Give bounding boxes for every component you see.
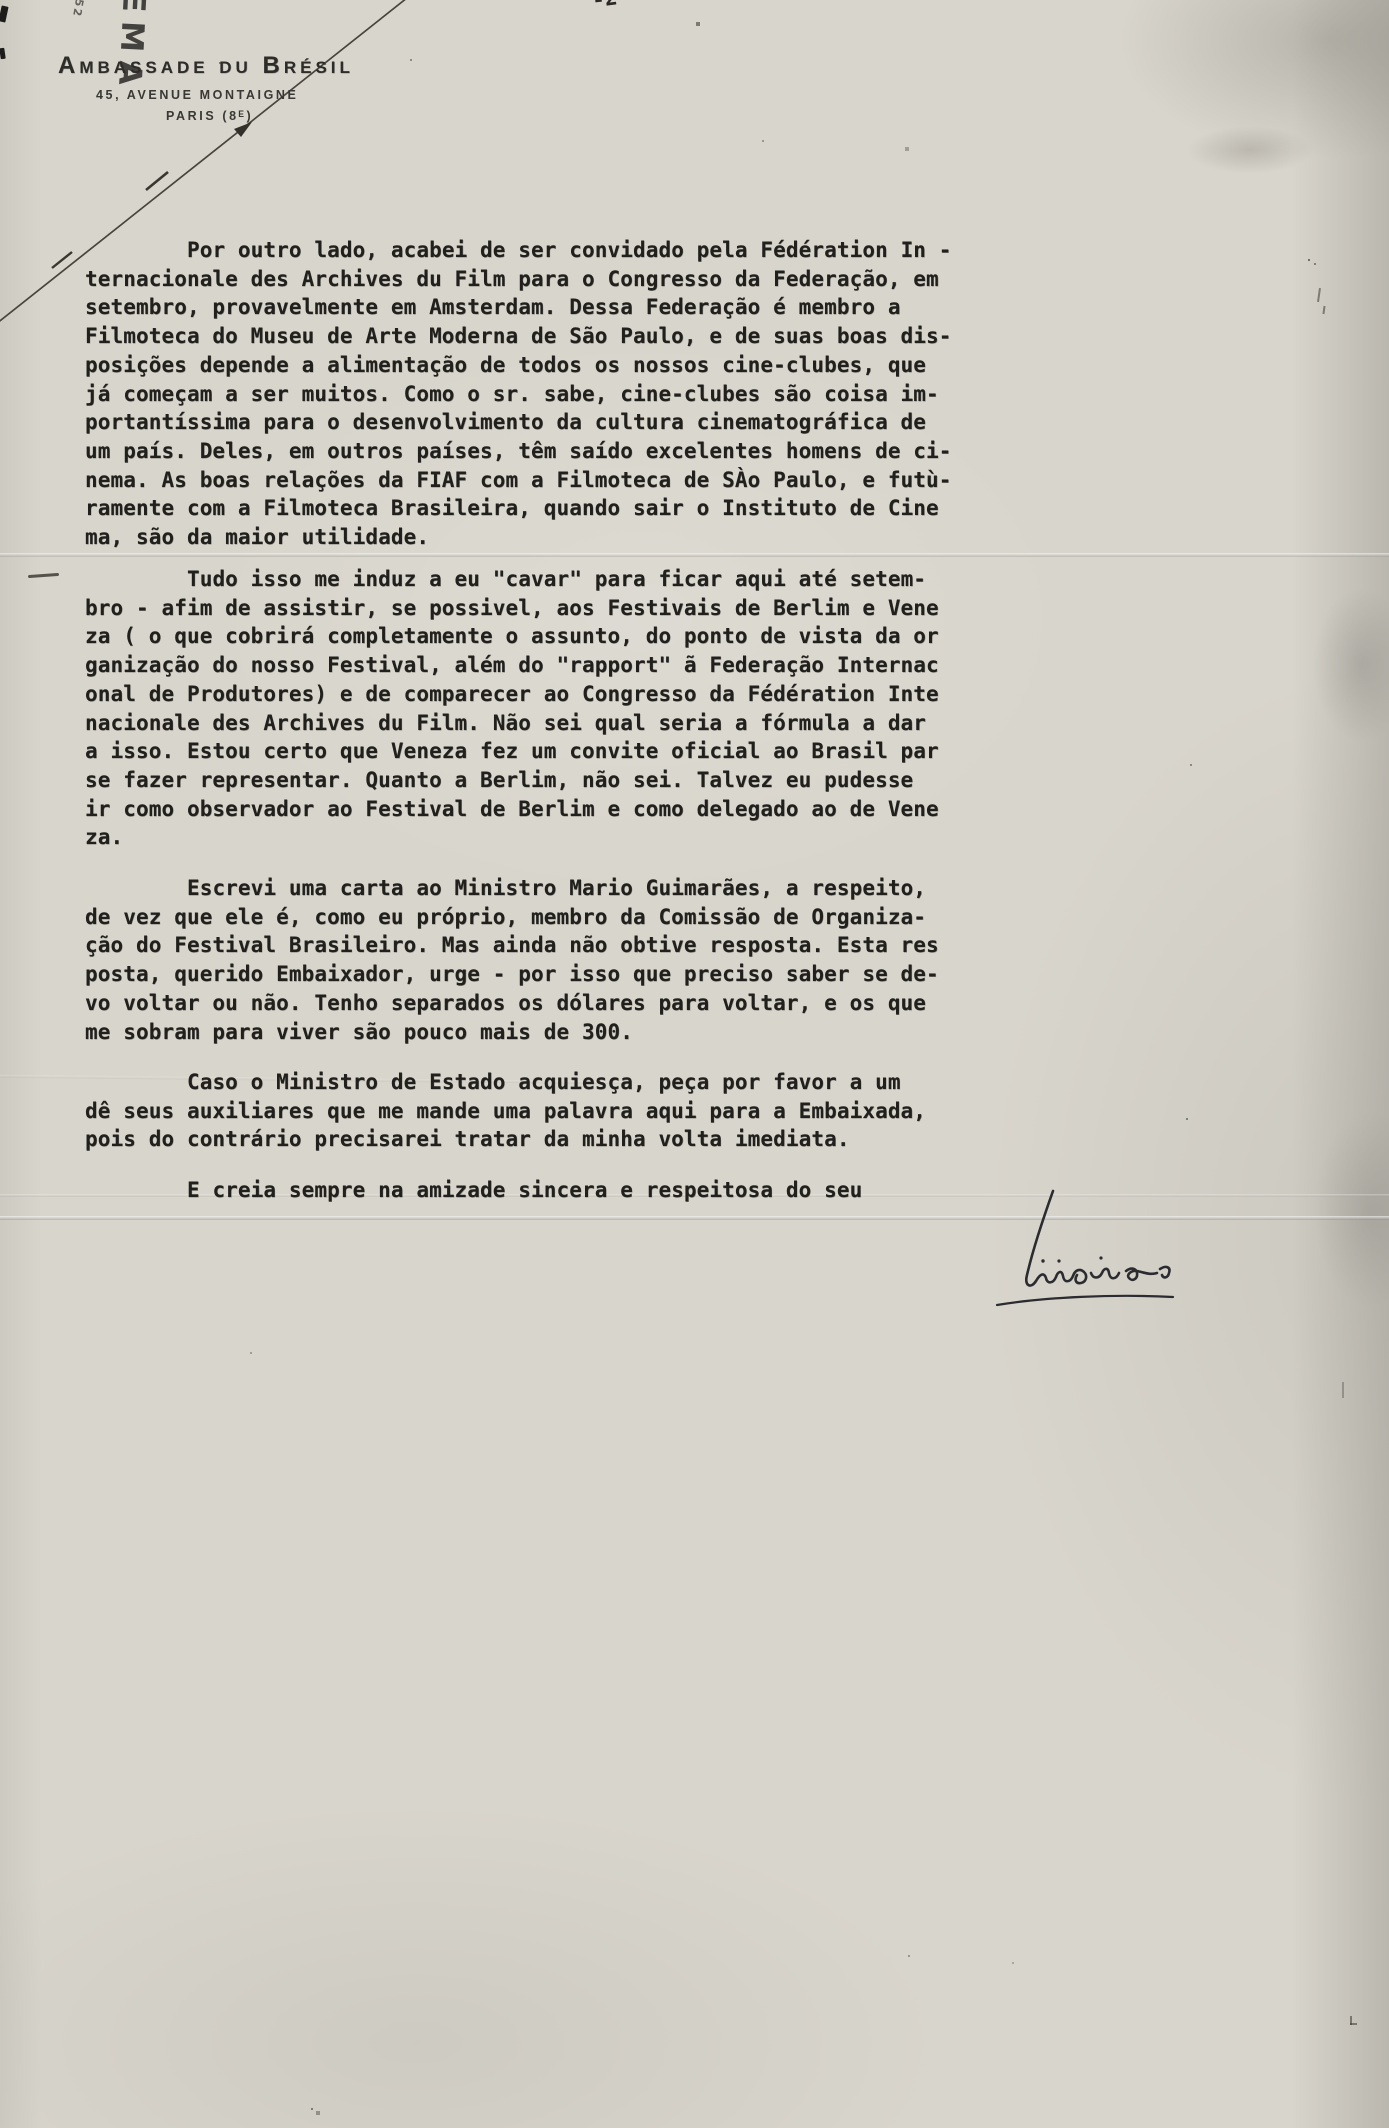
signature-name: Vinicius xyxy=(1195,1185,1196,1186)
paragraph-4: Caso o Ministro de Estado acquiesça, peç… xyxy=(85,1068,975,1154)
arrowhead-icon xyxy=(234,122,252,137)
signature: Vinicius xyxy=(935,1185,1195,1325)
margin-dash xyxy=(28,573,59,578)
scan-tick xyxy=(1350,2023,1357,2025)
paragraph-3: Escrevi uma carta ao Ministro Mario Guim… xyxy=(85,874,975,1046)
paper-specks xyxy=(0,0,2,2)
letterhead-address-line2: PARIS (8ᴱ) xyxy=(166,109,354,123)
paper-crease xyxy=(0,553,1389,557)
paragraph-1: Por outro lado, acabei de ser convidado … xyxy=(85,236,975,552)
letterhead: Ambassade du Brésil 45, AVENUE MONTAIGNE… xyxy=(58,52,354,123)
paragraph-2: Tudo isso me induz a eu "cavar" para fic… xyxy=(85,565,975,852)
scan-tick xyxy=(1317,288,1321,302)
letterhead-organization: Ambassade du Brésil xyxy=(58,52,354,80)
letterhead-address-line1: 45, AVENUE MONTAIGNE xyxy=(96,88,354,102)
scan-tick xyxy=(1322,306,1325,314)
letter-page: EMA 52 -2- Ambassade du Brésil 45, AVENU… xyxy=(0,0,1389,2128)
scan-tick xyxy=(1342,1382,1344,1398)
page-number: -2- xyxy=(591,0,632,12)
signature-stroke xyxy=(935,1185,1195,1325)
closing-line: E creia sempre na amizade sincera e resp… xyxy=(85,1176,975,1205)
